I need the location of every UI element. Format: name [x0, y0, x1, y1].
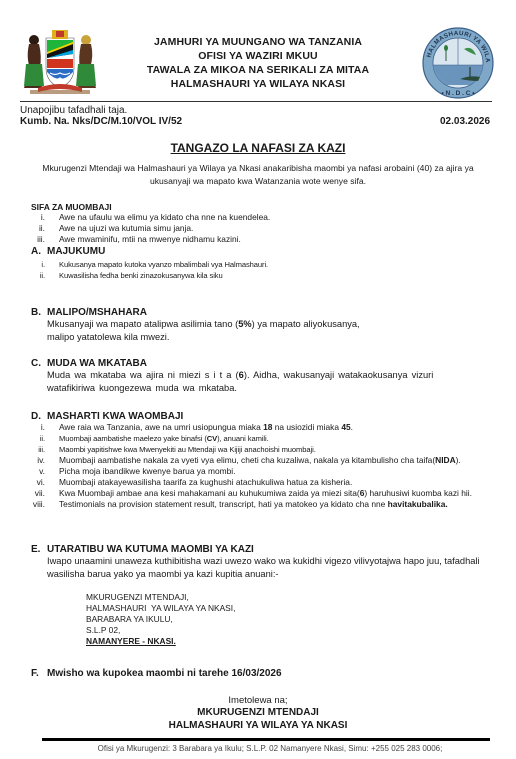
text-part: ).: [456, 455, 461, 465]
section-b-percent: 5%: [238, 319, 251, 329]
address-line: HALMASHAURI YA WILAYA YA NKASI,: [86, 603, 491, 614]
text-part: .: [351, 422, 353, 432]
list-item: ii.Awe na ujuzi wa kutumia simu janja.: [31, 223, 491, 234]
text-part: Testimonials na provision statement resu…: [59, 499, 388, 509]
list-item-text: Picha moja ibandikwe kwenye barua ya mom…: [59, 466, 491, 477]
section-b-text-part: ) ya mapato aliyokusanya,: [252, 319, 360, 329]
footer-divider: [42, 738, 490, 741]
emphasis-text: NIDA: [435, 455, 455, 465]
list-item: iv.Muombaji aambatishe nakala za vyeti v…: [31, 455, 491, 466]
section-a: A.MAJUKUMU i.Kukusanya mapato kutoka vya…: [31, 246, 491, 281]
section-f-letter: F.: [31, 668, 47, 679]
list-item-text: Kukusanya mapato kutoka vyanzo mbalimbal…: [59, 259, 491, 270]
emphasis-text: 18: [263, 422, 272, 432]
section-b-text-line2: malipo yatatolewa kila mwezi.: [47, 332, 169, 342]
text-part: Picha moja ibandikwe kwenye barua ya mom…: [59, 466, 235, 476]
list-item: i.Awe na ufaulu wa elimu ya kidato cha n…: [31, 212, 491, 223]
list-item-number: vii.: [31, 488, 59, 499]
header-line-3: TAWALA ZA MIKOA NA SERIKALI ZA MITAA: [108, 64, 408, 78]
list-item-number: iii.: [31, 234, 59, 245]
section-b-heading: B.MALIPO/MSHAHARA: [31, 307, 491, 318]
list-item-text: Kwa Muombaji ambae ana kesi mahakamani a…: [59, 488, 491, 499]
section-e-letter: E.: [31, 544, 47, 555]
document-date: 02.03.2026: [440, 116, 490, 127]
header-line-2: OFISI YA WAZIRI MKUU: [108, 50, 408, 64]
header-divider: [20, 101, 492, 102]
list-item-text: Muombaji aambatishe nakala za vyeti vya …: [59, 455, 491, 466]
emphasis-text: CV: [207, 434, 217, 443]
list-item-number: i.: [31, 422, 59, 433]
tanzania-coat-of-arms-logo: [20, 28, 100, 96]
section-b-text-part: Mkusanyaji wa mapato atalipwa asilimia t…: [47, 319, 238, 329]
list-item: viii.Testimonials na provision statement…: [31, 499, 491, 510]
majukumu-list: i.Kukusanya mapato kutoka vyanzo mbalimb…: [31, 259, 491, 281]
list-item: iii.Maombi yapitishwe kwa Mwenyekiti au …: [31, 444, 491, 455]
list-item-number: iv.: [31, 455, 59, 466]
list-item-number: viii.: [31, 499, 59, 510]
section-c-text-part: Muda wa mkataba wa ajira ni miezi s i t …: [47, 370, 239, 380]
section-b-title: MALIPO/MSHAHARA: [47, 307, 147, 318]
list-item-number: v.: [31, 466, 59, 477]
reference-label: Unapojibu tafadhali taja.: [20, 105, 127, 116]
section-a-letter: A.: [31, 246, 47, 257]
section-b-letter: B.: [31, 307, 47, 318]
header-line-1: JAMHURI YA MUUNGANO WA TANZANIA: [108, 36, 408, 50]
section-e-text: Iwapo unaamini unaweza kuthibitisha wazi…: [31, 555, 491, 580]
list-item-text: Muombaji aambatishe maelezo yake binafsi…: [59, 433, 491, 444]
sifa-heading: SIFA ZA MUOMBAJI: [31, 202, 491, 212]
section-c-letter: C.: [31, 358, 47, 369]
list-item-number: ii.: [31, 223, 59, 234]
text-part: na usiozidi miaka: [272, 422, 341, 432]
emphasis-text: 45: [341, 422, 350, 432]
list-item-number: i.: [31, 259, 59, 270]
nkasi-district-council-logo: HALMASHAURI YA WILAYA NKASI • N . D . C …: [420, 27, 496, 99]
application-deadline: F.Mwisho wa kupokea maombi ni tarehe 16/…: [31, 668, 491, 679]
application-address: MKURUGENZI MTENDAJI, HALMASHAURI YA WILA…: [31, 592, 491, 647]
text-part: ), anuani kamili.: [217, 434, 268, 443]
document-title: TANGAZO LA NAFASI ZA KAZI: [0, 141, 516, 155]
address-line: S.L.P 02,: [86, 625, 491, 636]
section-e: E.UTARATIBU WA KUTUMA MAOMBI YA KAZI Iwa…: [31, 544, 491, 647]
text-part: Awe raia wa Tanzania, awe na umri usiopu…: [59, 422, 263, 432]
intro-paragraph: Mkurugenzi Mtendaji wa Halmashauri ya Wi…: [30, 162, 486, 187]
list-item-text: Awe na ufaulu wa elimu ya kidato cha nne…: [59, 212, 491, 223]
section-c-text: Muda wa mkataba wa ajira ni miezi s i t …: [31, 369, 491, 394]
address-line-town: NAMANYERE - NKASI.: [86, 636, 491, 647]
list-item: ii.Muombaji aambatishe maelezo yake bina…: [31, 433, 491, 444]
section-e-title: UTARATIBU WA KUTUMA MAOMBI YA KAZI: [47, 544, 254, 555]
section-b-text: Mkusanyaji wa mapato atalipwa asilimia t…: [31, 318, 491, 343]
header-line-4: HALMASHAURI YA WILAYA NKASI: [108, 78, 408, 92]
section-d-heading: D.MASHARTI KWA WAOMBAJI: [31, 411, 491, 422]
section-f-text: Mwisho wa kupokea maombi ni tarehe 16/03…: [47, 668, 282, 679]
list-item-text: Awe raia wa Tanzania, awe na umri usiopu…: [59, 422, 491, 433]
text-part: Muombaji aambatishe maelezo yake binafsi…: [59, 434, 207, 443]
list-item-text: Awe na ujuzi wa kutumia simu janja.: [59, 223, 491, 234]
list-item-number: ii.: [31, 270, 59, 281]
signatory-office: HALMASHAURI YA WILAYA YA NKASI: [0, 719, 516, 732]
section-sifa: SIFA ZA MUOMBAJI i.Awe na ufaulu wa elim…: [31, 202, 491, 245]
section-b: B.MALIPO/MSHAHARA Mkusanyaji wa mapato a…: [31, 307, 491, 343]
section-c-heading: C.MUDA WA MKATABA: [31, 358, 491, 369]
list-item-number: i.: [31, 212, 59, 223]
list-item-text: Maombi yapitishwe kwa Mwenyekiti au Mten…: [59, 444, 491, 455]
list-item-number: iii.: [31, 444, 59, 455]
list-item: vi.Muombaji atakayewasilisha taarifa za …: [31, 477, 491, 488]
section-c: C.MUDA WA MKATABA Muda wa mkataba wa aji…: [31, 358, 491, 394]
masharti-list: i.Awe raia wa Tanzania, awe na umri usio…: [31, 422, 491, 510]
list-item-number: vi.: [31, 477, 59, 488]
signatory-title: MKURUGENZI MTENDAJI: [0, 706, 516, 719]
list-item-number: ii.: [31, 433, 59, 444]
list-item: vii.Kwa Muombaji ambae ana kesi mahakama…: [31, 488, 491, 499]
text-part: Muombaji atakayewasilisha taarifa za kug…: [59, 477, 352, 487]
address-line: MKURUGENZI MTENDAJI,: [86, 592, 491, 603]
section-c-text-part: ). Aidha, wakusanyaji watakaokusanya viz…: [244, 370, 433, 380]
list-item: ii.Kuwasilisha fedha benki zinazokusanyw…: [31, 270, 491, 281]
text-part: Maombi yapitishwe kwa Mwenyekiti au Mten…: [59, 445, 316, 454]
section-d: D.MASHARTI KWA WAOMBAJI i.Awe raia wa Ta…: [31, 411, 491, 510]
list-item-text: Muombaji atakayewasilisha taarifa za kug…: [59, 477, 491, 488]
section-c-text-line2: watafikiriwa kuongezewa muda wa mkataba.: [47, 383, 237, 393]
list-item: v.Picha moja ibandikwe kwenye barua ya m…: [31, 466, 491, 477]
text-part: ) haruhusiwi kuomba kazi hii.: [364, 488, 472, 498]
sifa-list: i.Awe na ufaulu wa elimu ya kidato cha n…: [31, 212, 491, 245]
section-d-title: MASHARTI KWA WAOMBAJI: [47, 411, 183, 422]
section-a-heading: A.MAJUKUMU: [31, 246, 491, 257]
list-item: i.Awe raia wa Tanzania, awe na umri usio…: [31, 422, 491, 433]
footer-contact: Ofisi ya Mkurugenzi: 3 Barabara ya Ikulu…: [60, 744, 480, 753]
text-part: Kwa Muombaji ambae ana kesi mahakamani a…: [59, 488, 360, 498]
emphasis-text: havitakubalika.: [388, 499, 448, 509]
section-f: F.Mwisho wa kupokea maombi ni tarehe 16/…: [31, 668, 491, 679]
document-title-text: TANGAZO LA NAFASI ZA KAZI: [171, 141, 346, 155]
section-a-title: MAJUKUMU: [47, 246, 105, 257]
list-item: iii.Awe mwaminifu, mtii na mwenye nidham…: [31, 234, 491, 245]
list-item-text: Testimonials na provision statement resu…: [59, 499, 491, 510]
section-c-title: MUDA WA MKATABA: [47, 358, 147, 369]
section-d-letter: D.: [31, 411, 47, 422]
list-item-text: Awe mwaminifu, mtii na mwenye nidhamu ka…: [59, 234, 491, 245]
address-line: BARABARA YA IKULU,: [86, 614, 491, 625]
section-e-heading: E.UTARATIBU WA KUTUMA MAOMBI YA KAZI: [31, 544, 491, 555]
list-item-text: Kuwasilisha fedha benki zinazokusanywa k…: [59, 270, 491, 281]
text-part: Muombaji aambatishe nakala za vyeti vya …: [59, 455, 435, 465]
reference-number: Kumb. Na. Nks/DC/M.10/VOL IV/52: [20, 116, 182, 127]
list-item: i.Kukusanya mapato kutoka vyanzo mbalimb…: [31, 259, 491, 270]
logo-bottom-text: • N . D . C •: [441, 90, 475, 97]
